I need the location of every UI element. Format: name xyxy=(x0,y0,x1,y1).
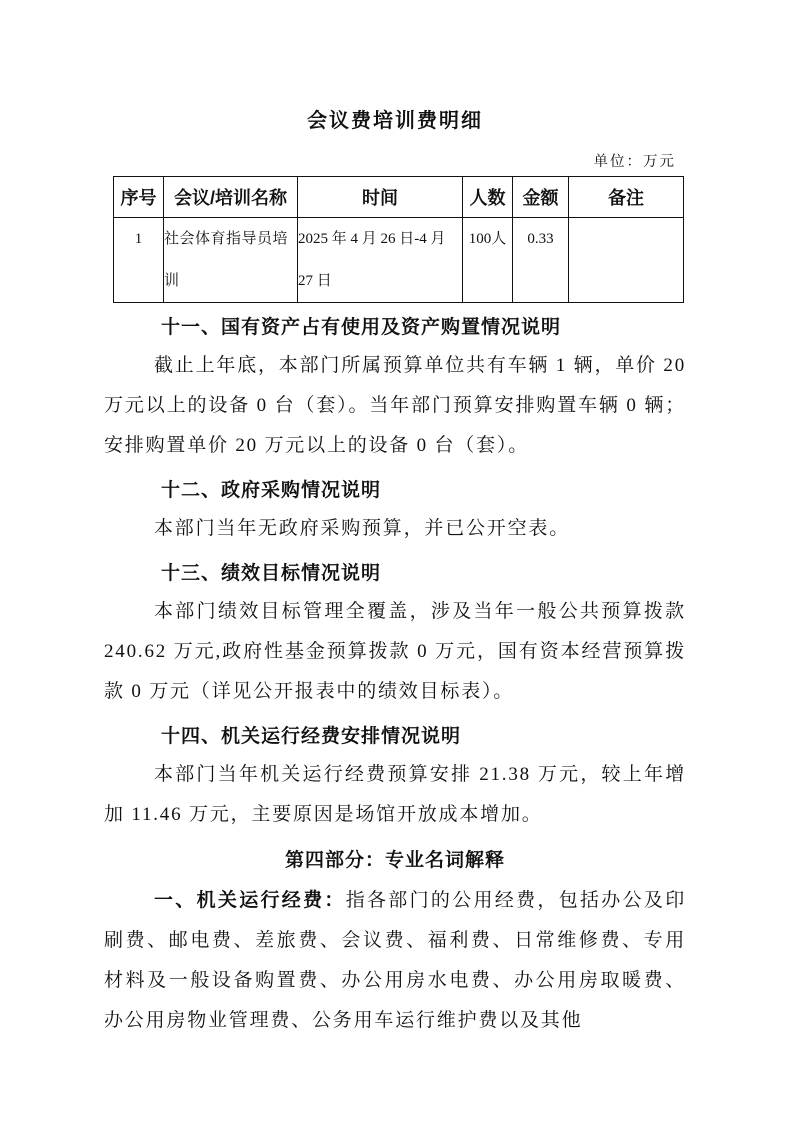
section-heading-13: 十三、绩效目标情况说明 xyxy=(104,557,686,590)
part4-definition-para: 一、机关运行经费：指各部门的公用经费，包括办公及印刷费、邮电费、差旅费、会议费、… xyxy=(104,881,686,1041)
section-performance-targets: 十三、绩效目标情况说明 本部门绩效目标管理全覆盖，涉及当年一般公共预算拨款 24… xyxy=(104,557,686,712)
fee-detail-table: 序号 会议/培训名称 时间 人数 金额 备注 1 社会体育指导员培训 2025 … xyxy=(113,176,684,303)
table-header-row: 序号 会议/培训名称 时间 人数 金额 备注 xyxy=(114,177,684,218)
unit-label: 单位：万元 xyxy=(104,154,676,170)
cell-time: 2025 年 4 月 26 日-4 月 27 日 xyxy=(298,218,463,303)
section-operating-expenses: 十四、机关运行经费安排情况说明 本部门当年机关运行经费预算安排 21.38 万元… xyxy=(104,720,686,835)
header-name: 会议/培训名称 xyxy=(164,177,298,218)
section-heading-12: 十二、政府采购情况说明 xyxy=(104,474,686,507)
section-body-13: 本部门绩效目标管理全覆盖，涉及当年一般公共预算拨款 240.62 万元,政府性基… xyxy=(104,592,686,712)
cell-people: 100人 xyxy=(463,218,513,303)
section-body-14: 本部门当年机关运行经费预算安排 21.38 万元，较上年增加 11.46 万元，… xyxy=(104,755,686,835)
section-heading-11: 十一、国有资产占有使用及资产购置情况说明 xyxy=(104,311,686,344)
table-row: 1 社会体育指导员培训 2025 年 4 月 26 日-4 月 27 日 100… xyxy=(114,218,684,303)
part4-title: 第四部分：专业名词解释 xyxy=(104,843,686,879)
header-amount: 金额 xyxy=(513,177,569,218)
cell-name: 社会体育指导员培训 xyxy=(164,218,298,303)
page-title: 会议费培训费明细 xyxy=(104,110,686,132)
section-government-procurement: 十二、政府采购情况说明 本部门当年无政府采购预算，并已公开空表。 xyxy=(104,474,686,549)
document-page: 会议费培训费明细 单位：万元 序号 会议/培训名称 时间 人数 金额 备注 1 … xyxy=(0,0,792,1121)
part4-term: 一、机关运行经费： xyxy=(154,890,346,911)
header-time: 时间 xyxy=(298,177,463,218)
part4-definition: 指各部门的公用经费，包括办公及印刷费、邮电费、差旅费、会议费、福利费、日常维修费… xyxy=(104,890,686,1031)
cell-amount: 0.33 xyxy=(513,218,569,303)
section-body-12: 本部门当年无政府采购预算，并已公开空表。 xyxy=(104,509,686,549)
header-seq: 序号 xyxy=(114,177,164,218)
cell-seq: 1 xyxy=(114,218,164,303)
cell-note xyxy=(569,218,684,303)
header-people: 人数 xyxy=(463,177,513,218)
section-state-assets: 十一、国有资产占有使用及资产购置情况说明 截止上年底，本部门所属预算单位共有车辆… xyxy=(104,311,686,466)
section-body-11: 截止上年底，本部门所属预算单位共有车辆 1 辆，单价 20 万元以上的设备 0 … xyxy=(104,346,686,466)
header-note: 备注 xyxy=(569,177,684,218)
section-heading-14: 十四、机关运行经费安排情况说明 xyxy=(104,720,686,753)
